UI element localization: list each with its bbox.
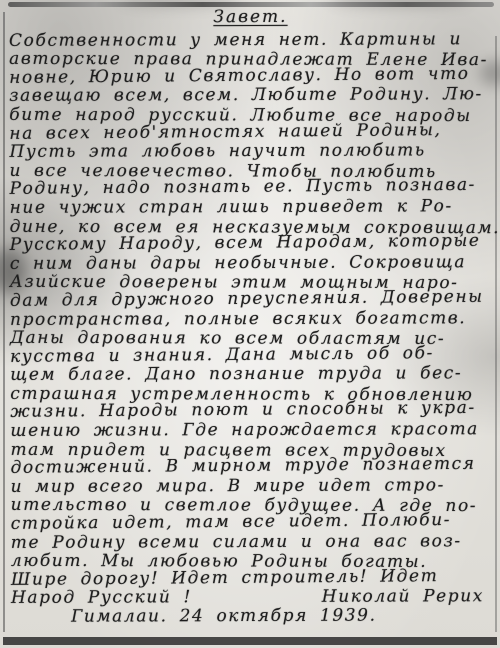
manuscript-line: те Родину всеми силами и она вас воз- — [11, 532, 494, 552]
manuscript-line: завещаю всем, всем. Любите Родину. Лю- — [9, 86, 492, 106]
manuscript-line: щем благе. Дано познание труда и бес- — [10, 364, 493, 384]
scan-edge-right — [495, 36, 497, 632]
manuscript-line: Родину, надо познать ее. Пусть познава- — [9, 176, 492, 199]
manuscript-line: пространства, полные всяких богатств. — [10, 309, 493, 329]
manuscript-line: с ним даны дары необычные. Сокровища — [10, 253, 493, 273]
scan-edge-bottom — [3, 637, 497, 645]
manuscript-line: Шире дорогу! Идет строитель! Идет — [11, 566, 494, 589]
manuscript-line: дам для дружного преуспеяния. Доверены — [10, 288, 493, 311]
manuscript-title: Завет. — [9, 7, 492, 27]
manuscript-line: достижений. В мирном труде познается — [10, 455, 493, 478]
manuscript-line: кусства и знания. Дана мысль об об- — [10, 343, 493, 366]
manuscript-line: новне, Юрию и Святославу. Но вот что — [9, 64, 492, 87]
manuscript-scan: Завет. Собственности у меня нет. Картины… — [0, 0, 500, 648]
closing-text: Народ Русский ! — [11, 589, 192, 608]
dateline: Гималаи. 24 октября 1939. — [11, 606, 494, 626]
manuscript-line: ние чужих стран лишь приведет к Ро- — [10, 197, 493, 217]
manuscript-closing-line: Народ Русский ! Николай Рерих — [11, 588, 494, 608]
signature: Николай Рерих — [322, 588, 484, 607]
manuscript-line: Собственности у меня нет. Картины и — [9, 30, 492, 50]
manuscript-line: Пусть эта любовь научит полюбить — [9, 141, 492, 161]
manuscript-line: Русскому Народу, всем Народам, которые — [10, 232, 493, 255]
manuscript-line: стройка идет, там все идет. Полюби- — [11, 511, 494, 534]
manuscript-line: на всех необ'ятностях нашей Родины, — [9, 120, 492, 143]
manuscript-line: шению жизни. Где нарождается красота — [10, 420, 493, 440]
manuscript-line: и мир всего мира. В мире идет стро- — [11, 476, 494, 496]
manuscript-text: Завет. Собственности у меня нет. Картины… — [9, 7, 494, 626]
scan-edge-left — [3, 12, 5, 632]
